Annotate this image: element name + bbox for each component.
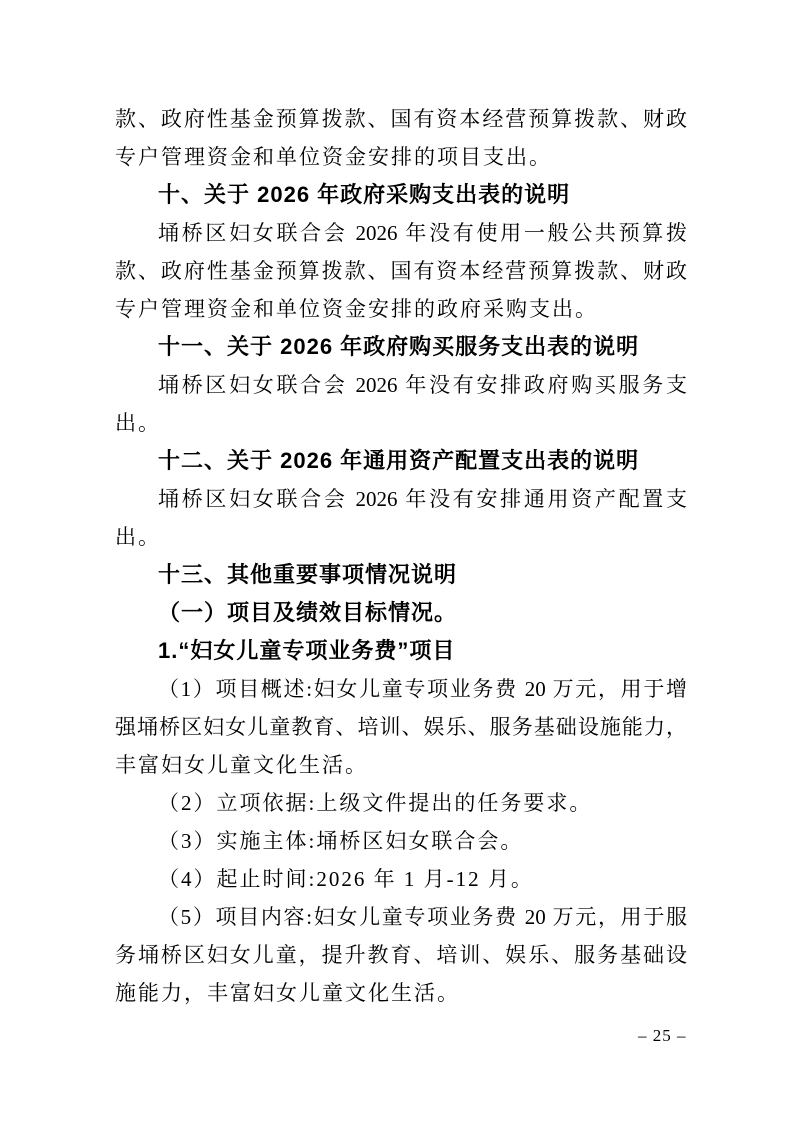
text-line: 埇桥区妇女联合会 2026 年没有使用一般公共预算拨	[115, 214, 687, 252]
heading-line: 1.“妇女儿童专项业务费”项目	[115, 632, 687, 670]
text-line: 专户管理资金和单位资金安排的项目支出。	[115, 138, 687, 176]
heading-line: （一）项目及绩效目标情况。	[115, 594, 687, 632]
text-line: （4）起止时间:2026 年 1 月-12 月。	[115, 860, 687, 898]
heading-line: 十三、其他重要事项情况说明	[115, 556, 687, 594]
text-line: 强埇桥区妇女儿童教育、培训、娱乐、服务基础设施能力，	[115, 708, 687, 746]
text-line: 款、政府性基金预算拨款、国有资本经营预算拨款、财政	[115, 252, 687, 290]
text-line: 出。	[115, 404, 687, 442]
heading-line: 十一、关于 2026 年政府购买服务支出表的说明	[115, 328, 687, 366]
text-line: （2）立项依据:上级文件提出的任务要求。	[115, 784, 687, 822]
document-page: 款、政府性基金预算拨款、国有资本经营预算拨款、财政专户管理资金和单位资金安排的项…	[0, 0, 793, 1122]
text-line: （3）实施主体:埇桥区妇女联合会。	[115, 822, 687, 860]
text-line: 务埇桥区妇女儿童，提升教育、培训、娱乐、服务基础设	[115, 936, 687, 974]
text-line: 专户管理资金和单位资金安排的政府采购支出。	[115, 290, 687, 328]
heading-line: 十、关于 2026 年政府采购支出表的说明	[115, 176, 687, 214]
text-line: （1）项目概述:妇女儿童专项业务费 20 万元，用于增	[115, 670, 687, 708]
text-line: 施能力，丰富妇女儿童文化生活。	[115, 974, 687, 1012]
text-line: 出。	[115, 518, 687, 556]
text-line: 埇桥区妇女联合会 2026 年没有安排政府购买服务支	[115, 366, 687, 404]
text-line: 款、政府性基金预算拨款、国有资本经营预算拨款、财政	[115, 100, 687, 138]
heading-line: 十二、关于 2026 年通用资产配置支出表的说明	[115, 442, 687, 480]
text-line: 丰富妇女儿童文化生活。	[115, 746, 687, 784]
text-line: （5）项目内容:妇女儿童专项业务费 20 万元，用于服	[115, 898, 687, 936]
page-number: – 25 –	[638, 1026, 687, 1046]
document-body-text: 款、政府性基金预算拨款、国有资本经营预算拨款、财政专户管理资金和单位资金安排的项…	[115, 100, 687, 1012]
text-line: 埇桥区妇女联合会 2026 年没有安排通用资产配置支	[115, 480, 687, 518]
